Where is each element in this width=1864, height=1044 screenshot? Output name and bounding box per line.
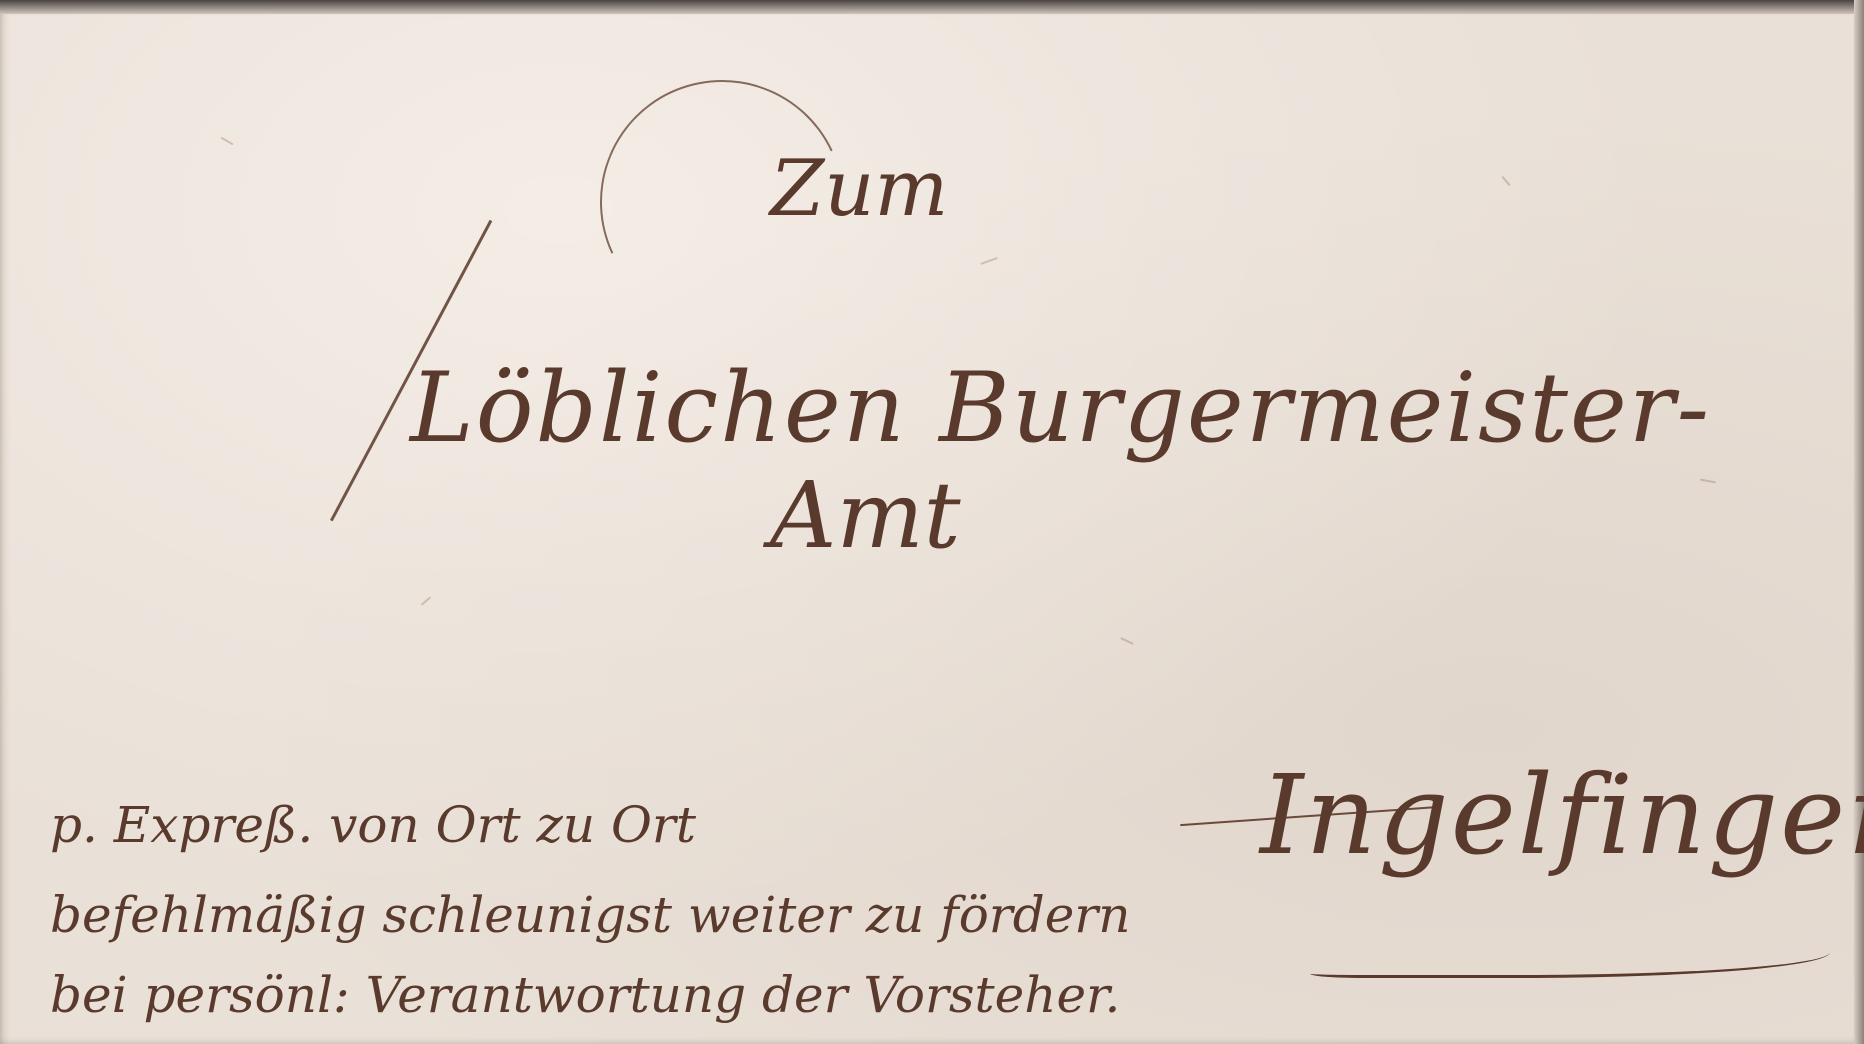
recipient-line-1: Löblichen Burgermeister- <box>410 360 1711 456</box>
letter-sheet: Zum Löblichen Burgermeister- Amt Ingelfi… <box>0 0 1864 1044</box>
paper-fiber <box>1501 176 1510 186</box>
delivery-note-line-2: befehlmäßig schleunigst weiter zu förder… <box>50 890 1130 940</box>
paper-top-edge <box>0 0 1864 14</box>
paper-fiber <box>980 257 998 265</box>
ink-underline <box>1310 935 1830 978</box>
paper-fiber <box>220 137 233 146</box>
paper-fiber <box>421 596 431 605</box>
paper-right-edge <box>1854 0 1864 1044</box>
recipient-line-2: Amt <box>770 470 961 562</box>
delivery-note-line-1: p. Expreß. von Ort zu Ort <box>50 800 696 850</box>
paper-fiber <box>1700 479 1716 484</box>
destination-place: Ingelfingen. <box>1260 760 1864 870</box>
paper-fiber <box>1120 637 1134 645</box>
salutation-text: Zum <box>770 150 948 228</box>
delivery-note-line-3: bei persönl: Verantwortung der Vorsteher… <box>50 970 1120 1020</box>
